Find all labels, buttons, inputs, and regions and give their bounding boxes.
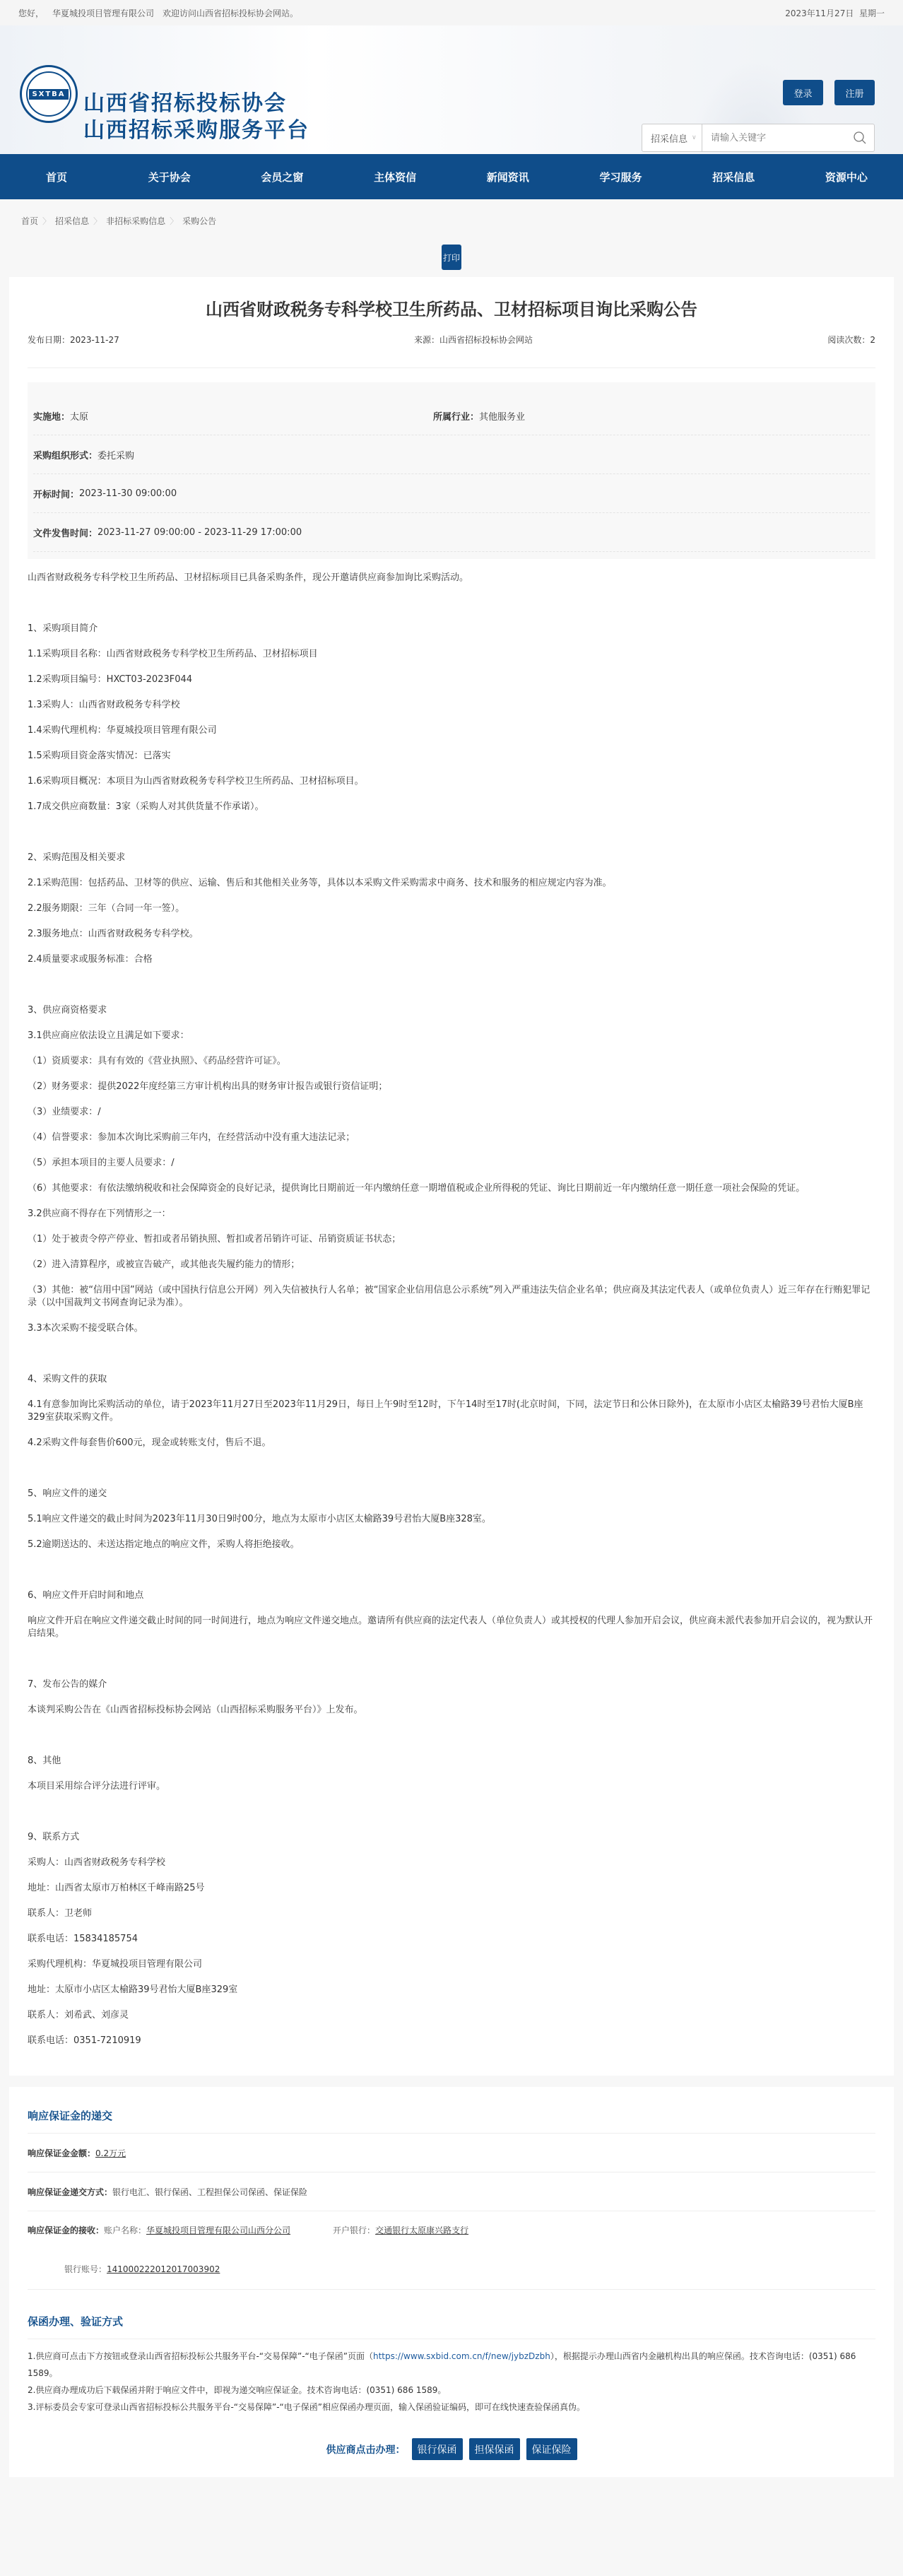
main-nav: 首页 关于协会 会员之窗 主体资信 新闻资讯 学习服务 招采信息 资源中心 [0,154,903,199]
search-input[interactable] [702,133,846,143]
s1-line: 1.2采购项目编号：HXCT03-2023F044 [28,674,875,686]
chevron-right-icon: 〉 [42,216,51,226]
announcement-body: 山西省财政税务专科学校卫生所药品、卫材招标项目已具备采购条件，现公开邀请供应商参… [28,559,875,2076]
deposit-amount-row: 响应保证金金额：0.2万元 [28,2134,875,2172]
s1-line: 1.5采购项目资金落实情况：已落实 [28,750,875,763]
info-row-open-time: 开标时间：2023-11-30 09:00:00 [33,474,870,513]
publish-date: 发布日期：2023-11-27 [28,334,119,367]
deposit-amount: 0.2万元 [95,2147,126,2159]
company-name: 华夏城投项目管理有限公司 [52,8,154,18]
top-bar: 您好，华夏城投项目管理有限公司欢迎访问山西省招标投标协会网站。 2023年11月… [0,0,903,25]
greeting-text: 您好， [18,8,44,18]
info-row-org-form: 采购组织形式：委托采购 [33,435,870,474]
article-source: 来源：山西省招标投标协会网站 [414,334,533,367]
chevron-right-icon: 〉 [170,216,178,226]
section-6-title: 6、响应文件开启时间和地点 [28,1589,875,1602]
note-3: 3.评标委员会专家可登录山西省招标投标公共服务平台-“交易保障”-“电子保函”相… [28,2399,875,2416]
section-4-title: 4、采购文件的获取 [28,1373,875,1386]
s7-line: 本谈判采购公告在《山西省招标投标协会网站（山西招标采购服务平台）》上发布。 [28,1704,875,1717]
auth-buttons: 登录 注册 [783,80,875,105]
deposit-method-row: 响应保证金递交方式：银行电汇、银行保函、工程担保公司保函、保证保险 [28,2172,875,2211]
nav-learning[interactable]: 学习服务 [582,170,661,184]
contact-line: 联系人：刘希武、刘彦灵 [28,2009,875,2022]
contact-line: 采购人：山西省财政税务专科学校 [28,1857,875,1869]
nav-members[interactable]: 会员之窗 [242,170,321,184]
guarantee-section-title: 保函办理、验证方式 [28,2314,875,2339]
s3-line: （6）其他要求：有依法缴纳税收和社会保障资金的良好记录，提供询比日期前近一年内缴… [28,1182,875,1195]
weekday: 星期一 [859,8,885,18]
site-header: SXTBA 山西省招标投标协会 山西招标采购服务平台 登录 注册 招采信息 ∨ [0,25,903,154]
deposit-card: 响应保证金的递交 响应保证金金额：0.2万元 响应保证金递交方式：银行电汇、银行… [9,2087,894,2477]
search-category-select[interactable]: 招采信息 ∨ [642,124,702,151]
nav-resources[interactable]: 资源中心 [807,170,886,184]
s3-line: 3.2供应商不得存在下列情形之一： [28,1208,875,1221]
s5-line: 5.1响应文件递交的截止时间为2023年11月30日9时00分，地点为太原市小店… [28,1513,875,1526]
contact-line: 地址：山西省太原市万柏林区千峰南路25号 [28,1882,875,1895]
deposit-receive-block: 响应保证金的接收： 账户名称：华夏城投项目管理有限公司山西分公司 开户银行：交通… [28,2211,875,2290]
section-8-title: 8、其他 [28,1755,875,1768]
note-1: 1.供应商可点击下方按钮或登录山西省招标投标公共服务平台-“交易保障”-“电子保… [28,2348,875,2382]
current-date: 2023年11月27日 [785,8,854,18]
print-button[interactable]: 打印 [442,245,461,270]
article-card: 山西省财政税务专科学校卫生所药品、卫材招标项目询比采购公告 发布日期：2023-… [9,277,894,2076]
s3-line: （5）承担本项目的主要人员要求：/ [28,1157,875,1170]
s3-line: （2）财务要求：提供2022年度经第三方审计机构出具的财务审计报告或银行资信证明… [28,1081,875,1093]
breadcrumb-procurement[interactable]: 招采信息 [55,216,89,226]
contact-line: 联系电话：0351-7210919 [28,2035,875,2047]
s3-line: 3.3本次采购不接受联合体。 [28,1322,875,1335]
date-display: 2023年11月27日 星期一 [785,7,885,19]
s3-line: （4）信誉要求：参加本次询比采购前三年内，在经营活动中没有重大违法记录； [28,1131,875,1144]
s4-line: 4.1有意参加询比采购活动的单位，请于2023年11月27日至2023年11月2… [28,1399,875,1424]
site-title[interactable]: 山西省招标投标协会 山西招标采购服务平台 [83,90,309,144]
s2-line: 2.1采购范围：包括药品、卫材等的供应、运输、售后和其他相关业务等，具体以本采购… [28,877,875,890]
search-icon[interactable] [846,131,874,145]
project-info-box: 实施地：太原 所属行业：其他服务业 采购组织形式：委托采购 开标时间：2023-… [28,382,875,559]
greeting: 您好，华夏城投项目管理有限公司欢迎访问山西省招标投标协会网站。 [18,7,307,19]
guarantee-actions: 供应商点击办理： 银行保函 担保保函 保证保险 [28,2438,875,2460]
chevron-right-icon: 〉 [93,216,102,226]
bank-name: 交通银行太原康兴路支行 [375,2224,468,2236]
action-label: 供应商点击办理： [326,2442,406,2457]
guarantee-link[interactable]: https://www.sxbid.com.cn/f/new/jybzDzbh [373,2351,550,2361]
s1-line: 1.3采购人：山西省财政税务专科学校 [28,699,875,712]
nav-credit[interactable]: 主体资信 [355,170,435,184]
s4-line: 4.2采购文件每套售价600元，现金或转账支付，售后不退。 [28,1437,875,1449]
note-2: 2.供应商办理成功后下载保函并附于响应文件中，即视为递交响应保证金。技术咨询电话… [28,2382,875,2399]
print-area: 打印 [0,240,903,277]
account-number: 141000222012017003902 [107,2264,220,2274]
section-5-title: 5、响应文件的递交 [28,1488,875,1500]
surety-guarantee-button[interactable]: 担保保函 [469,2438,520,2460]
logo-text: SXTBA [29,89,68,100]
search-category-value: 招采信息 [651,131,687,145]
s5-line: 5.2逾期送达的、未送达指定地点的响应文件，采购人将拒绝接收。 [28,1539,875,1551]
s6-line: 响应文件开启在响应文件递交截止时间的同一时间进行，地点为响应文件递交地点。邀请所… [28,1615,875,1640]
section-7-title: 7、发布公告的媒介 [28,1678,875,1691]
s8-line: 本项目采用综合评分法进行评审。 [28,1780,875,1793]
section-9-title: 9、联系方式 [28,1831,875,1844]
breadcrumb-current: 采购公告 [182,216,216,226]
login-button[interactable]: 登录 [783,80,823,105]
s2-line: 2.3服务地点：山西省财政税务专科学校。 [28,928,875,941]
nav-news[interactable]: 新闻资讯 [468,170,548,184]
section-2-title: 2、采购范围及相关要求 [28,852,875,864]
section-1-title: 1、采购项目简介 [28,623,875,635]
s3-line: （3）业绩要求：/ [28,1106,875,1119]
divider [28,367,875,368]
site-title-line1: 山西省招标投标协会 [83,90,309,117]
guarantee-insurance-button[interactable]: 保证保险 [526,2438,577,2460]
deposit-method: 银行电汇、银行保函、工程担保公司保函、保证保险 [112,2186,307,2198]
s3-line: （1）资质要求：具有有效的《营业执照》、《药品经营许可证》。 [28,1055,875,1068]
contact-line: 联系电话：15834185754 [28,1933,875,1946]
account-name: 华夏城投项目管理有限公司山西分公司 [146,2224,290,2236]
s3-line: （2）进入清算程序，或被宣告破产，或其他丧失履约能力的情形； [28,1259,875,1271]
view-count: 阅读次数：2 [827,334,875,367]
contact-line: 采购代理机构：华夏城投项目管理有限公司 [28,1958,875,1971]
s3-line: （3）其他：被“信用中国”网站（或中国执行信息公开网）列入失信被执行人名单；被“… [28,1284,875,1310]
s3-line: （1）处于被责令停产停业、暂扣或者吊销执照、暂扣或者吊销许可证、吊销资质证书状态… [28,1233,875,1246]
chevron-down-icon: ∨ [692,134,697,141]
s1-line: 1.1采购项目名称：山西省财政税务专科学校卫生所药品、卫材招标项目 [28,648,875,661]
bank-guarantee-button[interactable]: 银行保函 [412,2438,463,2460]
contact-line: 联系人：卫老师 [28,1907,875,1920]
info-row-location: 实施地：太原 所属行业：其他服务业 [33,396,870,435]
breadcrumb: 首页〉招采信息〉非招标采购信息〉采购公告 [0,199,903,240]
nav-procurement[interactable]: 招采信息 [694,170,773,184]
association-logo[interactable]: SXTBA [20,65,78,123]
article-meta: 发布日期：2023-11-27 来源：山西省招标投标协会网站 阅读次数：2 [28,332,875,367]
breadcrumb-non-tender[interactable]: 非招标采购信息 [106,216,165,226]
section-3-title: 3、供应商资格要求 [28,1004,875,1017]
nav-about[interactable]: 关于协会 [130,170,209,184]
breadcrumb-home[interactable]: 首页 [21,216,38,226]
contact-line: 地址：太原市小店区太榆路39号君怡大厦B座329室 [28,1984,875,1996]
search-bar: 招采信息 ∨ [642,124,875,152]
s1-line: 1.6采购项目概况：本项目为山西省财政税务专科学校卫生所药品、卫材招标项目。 [28,775,875,788]
info-row-sale-time: 文件发售时间：2023-11-27 09:00:00 - 2023-11-29 … [33,513,870,552]
s1-line: 1.7成交供应商数量：3家（采购人对其供货量不作承诺）。 [28,801,875,813]
nav-home[interactable]: 首页 [17,170,96,184]
site-title-line2: 山西招标采购服务平台 [83,117,309,144]
intro-paragraph: 山西省财政税务专科学校卫生所药品、卫材招标项目已具备采购条件，现公开邀请供应商参… [28,572,875,584]
register-button[interactable]: 注册 [834,80,875,105]
deposit-section-title: 响应保证金的递交 [28,2108,875,2134]
welcome-text: 欢迎访问山西省招标投标协会网站。 [163,8,298,18]
s2-line: 2.4质量要求或服务标准：合格 [28,953,875,966]
s2-line: 2.2服务期限：三年（合同一年一签）。 [28,902,875,915]
article-title: 山西省财政税务专科学校卫生所药品、卫材招标项目询比采购公告 [28,277,875,332]
s1-line: 1.4采购代理机构：华夏城投项目管理有限公司 [28,724,875,737]
guarantee-notes: 1.供应商可点击下方按钮或登录山西省招标投标公共服务平台-“交易保障”-“电子保… [28,2339,875,2416]
s3-line: 3.1供应商应依法设立且满足如下要求： [28,1030,875,1042]
